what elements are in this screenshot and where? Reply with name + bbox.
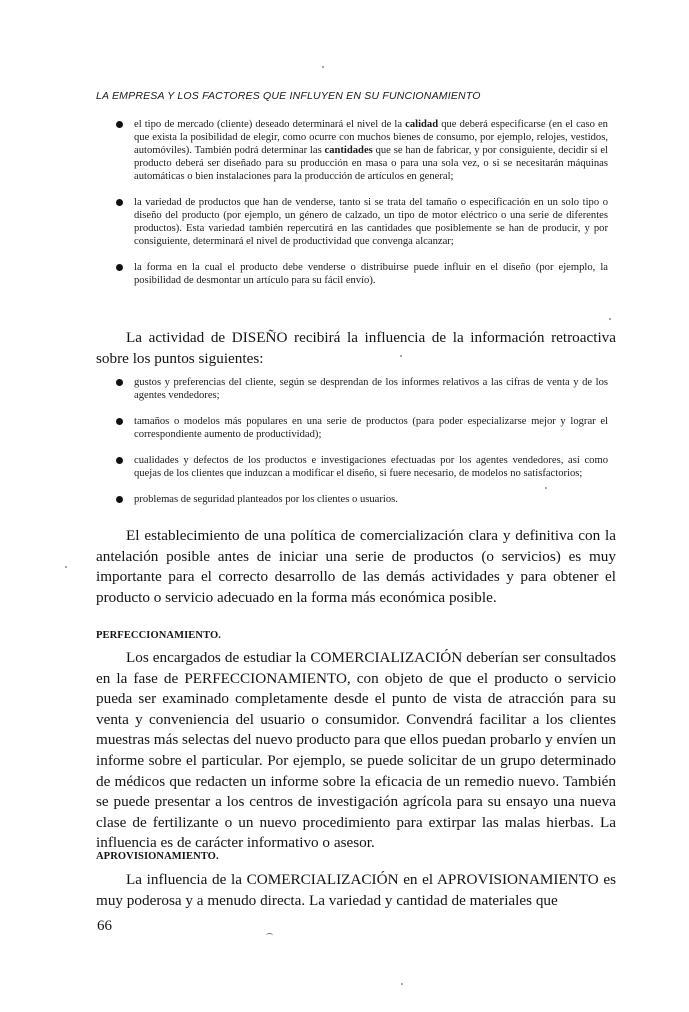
section-heading-aprovisionamiento: APROVISIONAMIENTO. (96, 851, 219, 862)
list-item: gustos y preferencias del cliente, según… (116, 376, 608, 402)
paragraph-establecimiento: El establecimiento de una política de co… (96, 526, 616, 608)
list-item: la forma en la cual el producto debe ven… (116, 261, 608, 287)
scan-speck (400, 355, 402, 357)
section-heading-perfeccionamiento: PERFECCIONAMIENTO. (96, 630, 221, 641)
bullet-icon (116, 264, 123, 271)
paragraph-perfeccionamiento: Los encargados de estudiar la COMERCIALI… (96, 648, 616, 854)
paragraph-text: La actividad de DISEÑO recibirá la influ… (96, 329, 616, 367)
list-item: la variedad de productos que han de vend… (116, 196, 608, 248)
scan-mark (266, 933, 273, 938)
list-item-text: la forma en la cual el producto debe ven… (134, 262, 608, 286)
paragraph-text: Los encargados de estudiar la COMERCIALI… (96, 649, 616, 851)
bullet-icon (116, 379, 123, 386)
bullet-icon (116, 496, 123, 503)
running-head: LA EMPRESA Y LOS FACTORES QUE INFLUYEN E… (96, 90, 481, 102)
bullet-list-market-factors: el tipo de mercado (cliente) deseado det… (116, 118, 608, 287)
bullet-icon (116, 457, 123, 464)
list-item-text: cualidades y defectos de los productos e… (134, 455, 608, 479)
scan-speck (65, 566, 67, 568)
list-item-text: tamaños o modelos más populares en una s… (134, 416, 608, 440)
scan-speck (545, 487, 547, 489)
list-item-text: gustos y preferencias del cliente, según… (134, 377, 608, 401)
list-item-text: el tipo de mercado (cliente) deseado det… (134, 119, 608, 182)
paragraph-text: El establecimiento de una política de co… (96, 527, 616, 606)
scan-speck (401, 983, 403, 985)
paragraph-text: La influencia de la COMERCIALIZACIÓN en … (96, 871, 616, 909)
list-item: el tipo de mercado (cliente) deseado det… (116, 118, 608, 183)
document-page: LA EMPRESA Y LOS FACTORES QUE INFLUYEN E… (0, 0, 689, 1012)
bullet-icon (116, 121, 123, 128)
scan-speck (322, 66, 324, 68)
list-item: cualidades y defectos de los productos e… (116, 454, 608, 480)
scan-speck (609, 318, 611, 320)
bullet-list-feedback: gustos y preferencias del cliente, según… (116, 376, 608, 506)
list-item-text: la variedad de productos que han de vend… (134, 197, 608, 247)
list-item: problemas de seguridad planteados por lo… (116, 493, 608, 506)
page-number: 66 (97, 918, 112, 935)
list-item-text: problemas de seguridad planteados por lo… (134, 494, 398, 505)
paragraph-diseno: La actividad de DISEÑO recibirá la influ… (96, 328, 616, 369)
bullet-icon (116, 199, 123, 206)
bullet-icon (116, 418, 123, 425)
list-item: tamaños o modelos más populares en una s… (116, 415, 608, 441)
paragraph-aprovisionamiento: La influencia de la COMERCIALIZACIÓN en … (96, 870, 616, 911)
